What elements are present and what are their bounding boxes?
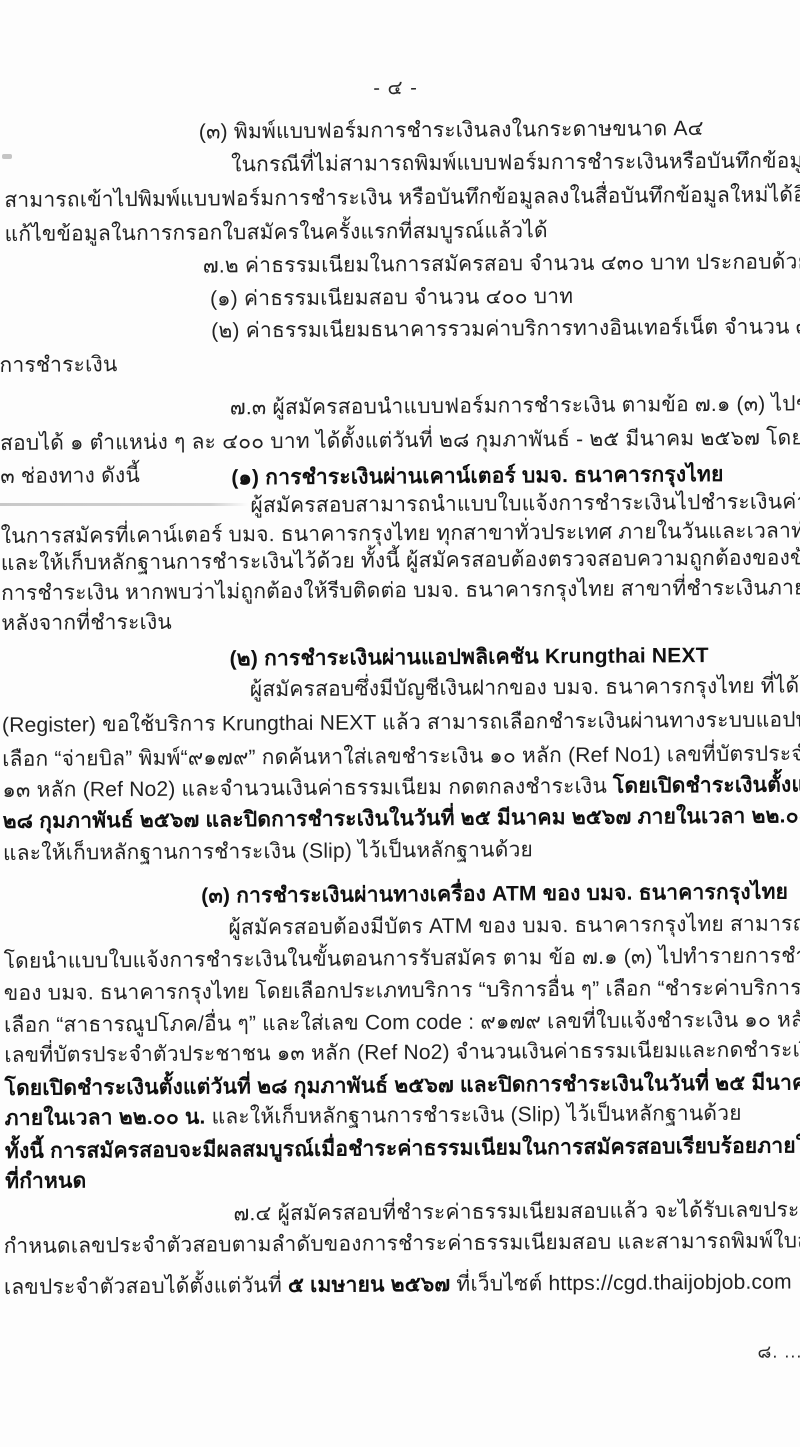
bold-text-segment: (๓) การชำระเงินผ่านทางเครื่อง ATM ของ บม… bbox=[201, 881, 788, 908]
text-line: ที่กำหนด bbox=[5, 1167, 86, 1195]
bold-text-segment: โดยเปิดชำระเงินตั้งแต่วันที่ ๒๘ กุมภาพัน… bbox=[4, 1071, 800, 1100]
text-line: หลังจากที่ชำระเงิน bbox=[1, 609, 172, 637]
bold-text-segment: ๕ เมษายน ๒๕๖๗ bbox=[288, 1273, 451, 1297]
text-segment: และให้เก็บหลักฐานการชำระเงิน (Slip) ไว้เ… bbox=[205, 1102, 741, 1129]
text-line: ๒๘ กุมภาพันธ์ ๒๕๖๗ และปิดการชำระเงินในวั… bbox=[3, 802, 800, 835]
text-segment: ของ บมจ. ธนาคารกรุงไทย โดยเลือกประเภทบริ… bbox=[4, 975, 800, 1005]
text-segment: ๗.๔ ผู้สมัครสอบที่ชำระค่าธรรมเนียมสอบแล้… bbox=[233, 1197, 800, 1225]
page-number: - ๔ - bbox=[0, 68, 796, 106]
text-segment: (๓) พิมพ์แบบฟอร์มการชำระเงินลงในกระดาษขน… bbox=[199, 117, 704, 144]
text-line: แก้ไขข้อมูลในการกรอกใบสมัครในครั้งแรกที่… bbox=[4, 217, 547, 248]
text-segment: ในการสมัครที่เคาน์เตอร์ บมจ. ธนาคารกรุงไ… bbox=[1, 518, 800, 548]
text-line: โดยนำแบบใบแจ้งการชำระเงินในขั้นตอนการรับ… bbox=[4, 941, 800, 975]
text-segment: (Register) ขอใช้บริการ Krungthai NEXT แล… bbox=[2, 708, 800, 737]
bold-text-segment: (๒) การชำระเงินผ่านแอปพลิเคชัน Krungthai… bbox=[229, 644, 708, 670]
text-segment: โดยนำแบบใบแจ้งการชำระเงินในขั้นตอนการรับ… bbox=[4, 943, 800, 973]
bold-text-segment: โดยเปิดชำระเงินตั้งแต่วันที่ bbox=[613, 773, 800, 798]
bold-text-segment: ภายในเวลา ๒๒.๐๐ น. bbox=[5, 1106, 206, 1130]
text-line: กำหนดเลขประจำตัวสอบตามลำดับของการชำระค่า… bbox=[4, 1227, 800, 1260]
text-line: ผู้สมัครสอบต้องมีบัตร ATM ของ บมจ. ธนาคา… bbox=[228, 909, 800, 941]
text-segment: การชำระเงิน หากพบว่าไม่ถูกต้องให้รีบติดต… bbox=[1, 575, 800, 605]
text-line: ๗.๒ ค่าธรรมเนียมในการสมัครสอบ จำนวน ๔๓๐ … bbox=[203, 248, 800, 279]
text-segment: (๒) ค่าธรรมเนียมธนาคารรวมค่าบริการทางอิน… bbox=[211, 314, 800, 342]
text-line: (๑) ค่าธรรมเนียมสอบ จำนวน ๔๐๐ บาท bbox=[210, 283, 573, 313]
text-segment: ผู้สมัครสอบสามารถนำแบบใบแจ้งการชำระเงินไ… bbox=[250, 490, 800, 518]
text-segment: แก้ไขข้อมูลในการกรอกใบสมัครในครั้งแรกที่… bbox=[5, 219, 548, 246]
text-segment: ๗.๓ ผู้สมัครสอบนำแบบฟอร์มการชำระเงิน ตาม… bbox=[230, 391, 800, 419]
text-segment: ๓ ช่องทาง ดังนี้ bbox=[0, 464, 140, 488]
text-segment: กำหนดเลขประจำตัวสอบตามลำดับของการชำระค่า… bbox=[4, 1229, 800, 1258]
text-line: และให้เก็บหลักฐานการชำระเงินไว้ด้วย ทั้ง… bbox=[1, 543, 800, 577]
text-segment: สอบได้ ๑ ตำแหน่ง ๆ ละ ๔๐๐ บาท ได้ตั้งแต่… bbox=[0, 426, 800, 455]
text-line: ภายในเวลา ๒๒.๐๐ น. และให้เก็บหลักฐานการช… bbox=[5, 1100, 742, 1132]
text-line: สอบได้ ๑ ตำแหน่ง ๆ ละ ๔๐๐ บาท ได้ตั้งแต่… bbox=[0, 424, 800, 457]
text-segment: และให้เก็บหลักฐานการชำระเงิน (Slip) ไว้เ… bbox=[3, 838, 533, 865]
text-segment: การชำระเงิน bbox=[0, 353, 118, 377]
text-segment: และให้เก็บหลักฐานการชำระเงินไว้ด้วย ทั้ง… bbox=[1, 545, 800, 575]
text-line: ในกรณีที่ไม่สามารถพิมพ์แบบฟอร์มการชำระเง… bbox=[231, 146, 800, 178]
text-line: (๑) การชำระเงินผ่านเคาน์เตอร์ บมจ. ธนาคา… bbox=[231, 461, 723, 491]
scan-artifact-line bbox=[0, 503, 248, 506]
text-line: การชำระเงิน หากพบว่าไม่ถูกต้องให้รีบติดต… bbox=[1, 573, 800, 607]
text-segment: สามารถเข้าไปพิมพ์แบบฟอร์มการชำระเงิน หรื… bbox=[4, 182, 800, 212]
text-line: (๓) การชำระเงินผ่านทางเครื่อง ATM ของ บม… bbox=[201, 879, 788, 910]
text-segment: เลือก “จ่ายบิล” พิมพ์“๙๑๗๙” กดค้นหาใส่เล… bbox=[2, 741, 800, 770]
bold-text-segment: (๑) การชำระเงินผ่านเคาน์เตอร์ บมจ. ธนาคา… bbox=[231, 463, 723, 489]
bold-text-segment: ๒๘ กุมภาพันธ์ ๒๕๖๗ และปิดการชำระเงินในวั… bbox=[3, 804, 800, 833]
text-line: ทั้งนี้ การสมัครสอบจะมีผลสมบูรณ์เมื่อชำร… bbox=[5, 1132, 800, 1165]
text-segment: เลขที่บัตรประจำตัวประชาชน ๑๓ หลัก (Ref N… bbox=[4, 1038, 800, 1067]
text-line: ผู้สมัครสอบสามารถนำแบบใบแจ้งการชำระเงินไ… bbox=[250, 488, 800, 520]
text-segment: ที่เว็บไซต์ bbox=[450, 1272, 548, 1296]
text-line: สามารถเข้าไปพิมพ์แบบฟอร์มการชำระเงิน หรื… bbox=[4, 180, 800, 214]
text-line: ๗.๔ ผู้สมัครสอบที่ชำระค่าธรรมเนียมสอบแล้… bbox=[233, 1195, 800, 1227]
text-segment: ผู้สมัครสอบต้องมีบัตร ATM ของ บมจ. ธนาคา… bbox=[228, 911, 800, 939]
website-url: https://cgd.thaijobjob.com bbox=[548, 1270, 791, 1295]
text-line: ๓ ช่องทาง ดังนี้ bbox=[0, 462, 140, 490]
text-line: เลือก “สาธารณูปโภค/อื่น ๆ” และใส่เลข Com… bbox=[4, 1006, 800, 1039]
text-line: ๗.๓ ผู้สมัครสอบนำแบบฟอร์มการชำระเงิน ตาม… bbox=[230, 389, 800, 421]
text-line: ผู้สมัครสอบซึ่งมีบัญชีเงินฝากของ บมจ. ธน… bbox=[250, 672, 800, 704]
text-segment: หลังจากที่ชำระเงิน bbox=[1, 611, 172, 635]
text-line: เลขประจำตัวสอบได้ตั้งแต่วันที่ ๕ เมษายน … bbox=[4, 1268, 792, 1300]
text-segment: ในกรณีที่ไม่สามารถพิมพ์แบบฟอร์มการชำระเง… bbox=[231, 148, 800, 176]
text-line: ๑๓ หลัก (Ref No2) และจำนวนเงินค่าธรรมเนี… bbox=[2, 771, 800, 804]
text-line: เลือก “จ่ายบิล” พิมพ์“๙๑๗๙” กดค้นหาใส่เล… bbox=[2, 739, 800, 772]
text-segment: ผู้สมัครสอบซึ่งมีบัญชีเงินฝากของ บมจ. ธน… bbox=[250, 674, 800, 702]
text-segment: (๑) ค่าธรรมเนียมสอบ จำนวน ๔๐๐ บาท bbox=[210, 285, 573, 311]
bold-text-segment: ที่กำหนด bbox=[5, 1169, 86, 1193]
scan-artifact-mark bbox=[2, 154, 12, 159]
text-segment: เลขประจำตัวสอบได้ตั้งแต่วันที่ bbox=[4, 1274, 288, 1299]
text-segment: ๑๓ หลัก (Ref No2) และจำนวนเงินค่าธรรมเนี… bbox=[2, 775, 613, 802]
text-line: ของ บมจ. ธนาคารกรุงไทย โดยเลือกประเภทบริ… bbox=[4, 973, 800, 1007]
bold-text-segment: ทั้งนี้ การสมัครสอบจะมีผลสมบูรณ์เมื่อชำร… bbox=[5, 1134, 800, 1163]
text-line: เลขที่บัตรประจำตัวประชาชน ๑๓ หลัก (Ref N… bbox=[4, 1036, 800, 1069]
document-content: - ๔ - (๓) พิมพ์แบบฟอร์มการชำระเงินลงในกร… bbox=[0, 0, 800, 1447]
text-line: โดยเปิดชำระเงินตั้งแต่วันที่ ๒๘ กุมภาพัน… bbox=[4, 1069, 800, 1102]
text-line: และให้เก็บหลักฐานการชำระเงิน (Slip) ไว้เ… bbox=[3, 836, 533, 867]
continuation-mark: ๘. ... bbox=[757, 1336, 800, 1365]
text-line: การชำระเงิน bbox=[0, 351, 118, 379]
text-line: (๓) พิมพ์แบบฟอร์มการชำระเงินลงในกระดาษขน… bbox=[199, 115, 704, 146]
text-line: (Register) ขอใช้บริการ Krungthai NEXT แล… bbox=[2, 706, 800, 739]
document-page: - ๔ - (๓) พิมพ์แบบฟอร์มการชำระเงินลงในกร… bbox=[0, 0, 800, 1447]
text-segment: ๗.๒ ค่าธรรมเนียมในการสมัครสอบ จำนวน ๔๓๐ … bbox=[203, 250, 800, 277]
text-line: (๒) ค่าธรรมเนียมธนาคารรวมค่าบริการทางอิน… bbox=[211, 312, 800, 344]
text-line: (๒) การชำระเงินผ่านแอปพลิเคชัน Krungthai… bbox=[229, 642, 708, 672]
text-segment: เลือก “สาธารณูปโภค/อื่น ๆ” และใส่เลข Com… bbox=[4, 1008, 800, 1037]
